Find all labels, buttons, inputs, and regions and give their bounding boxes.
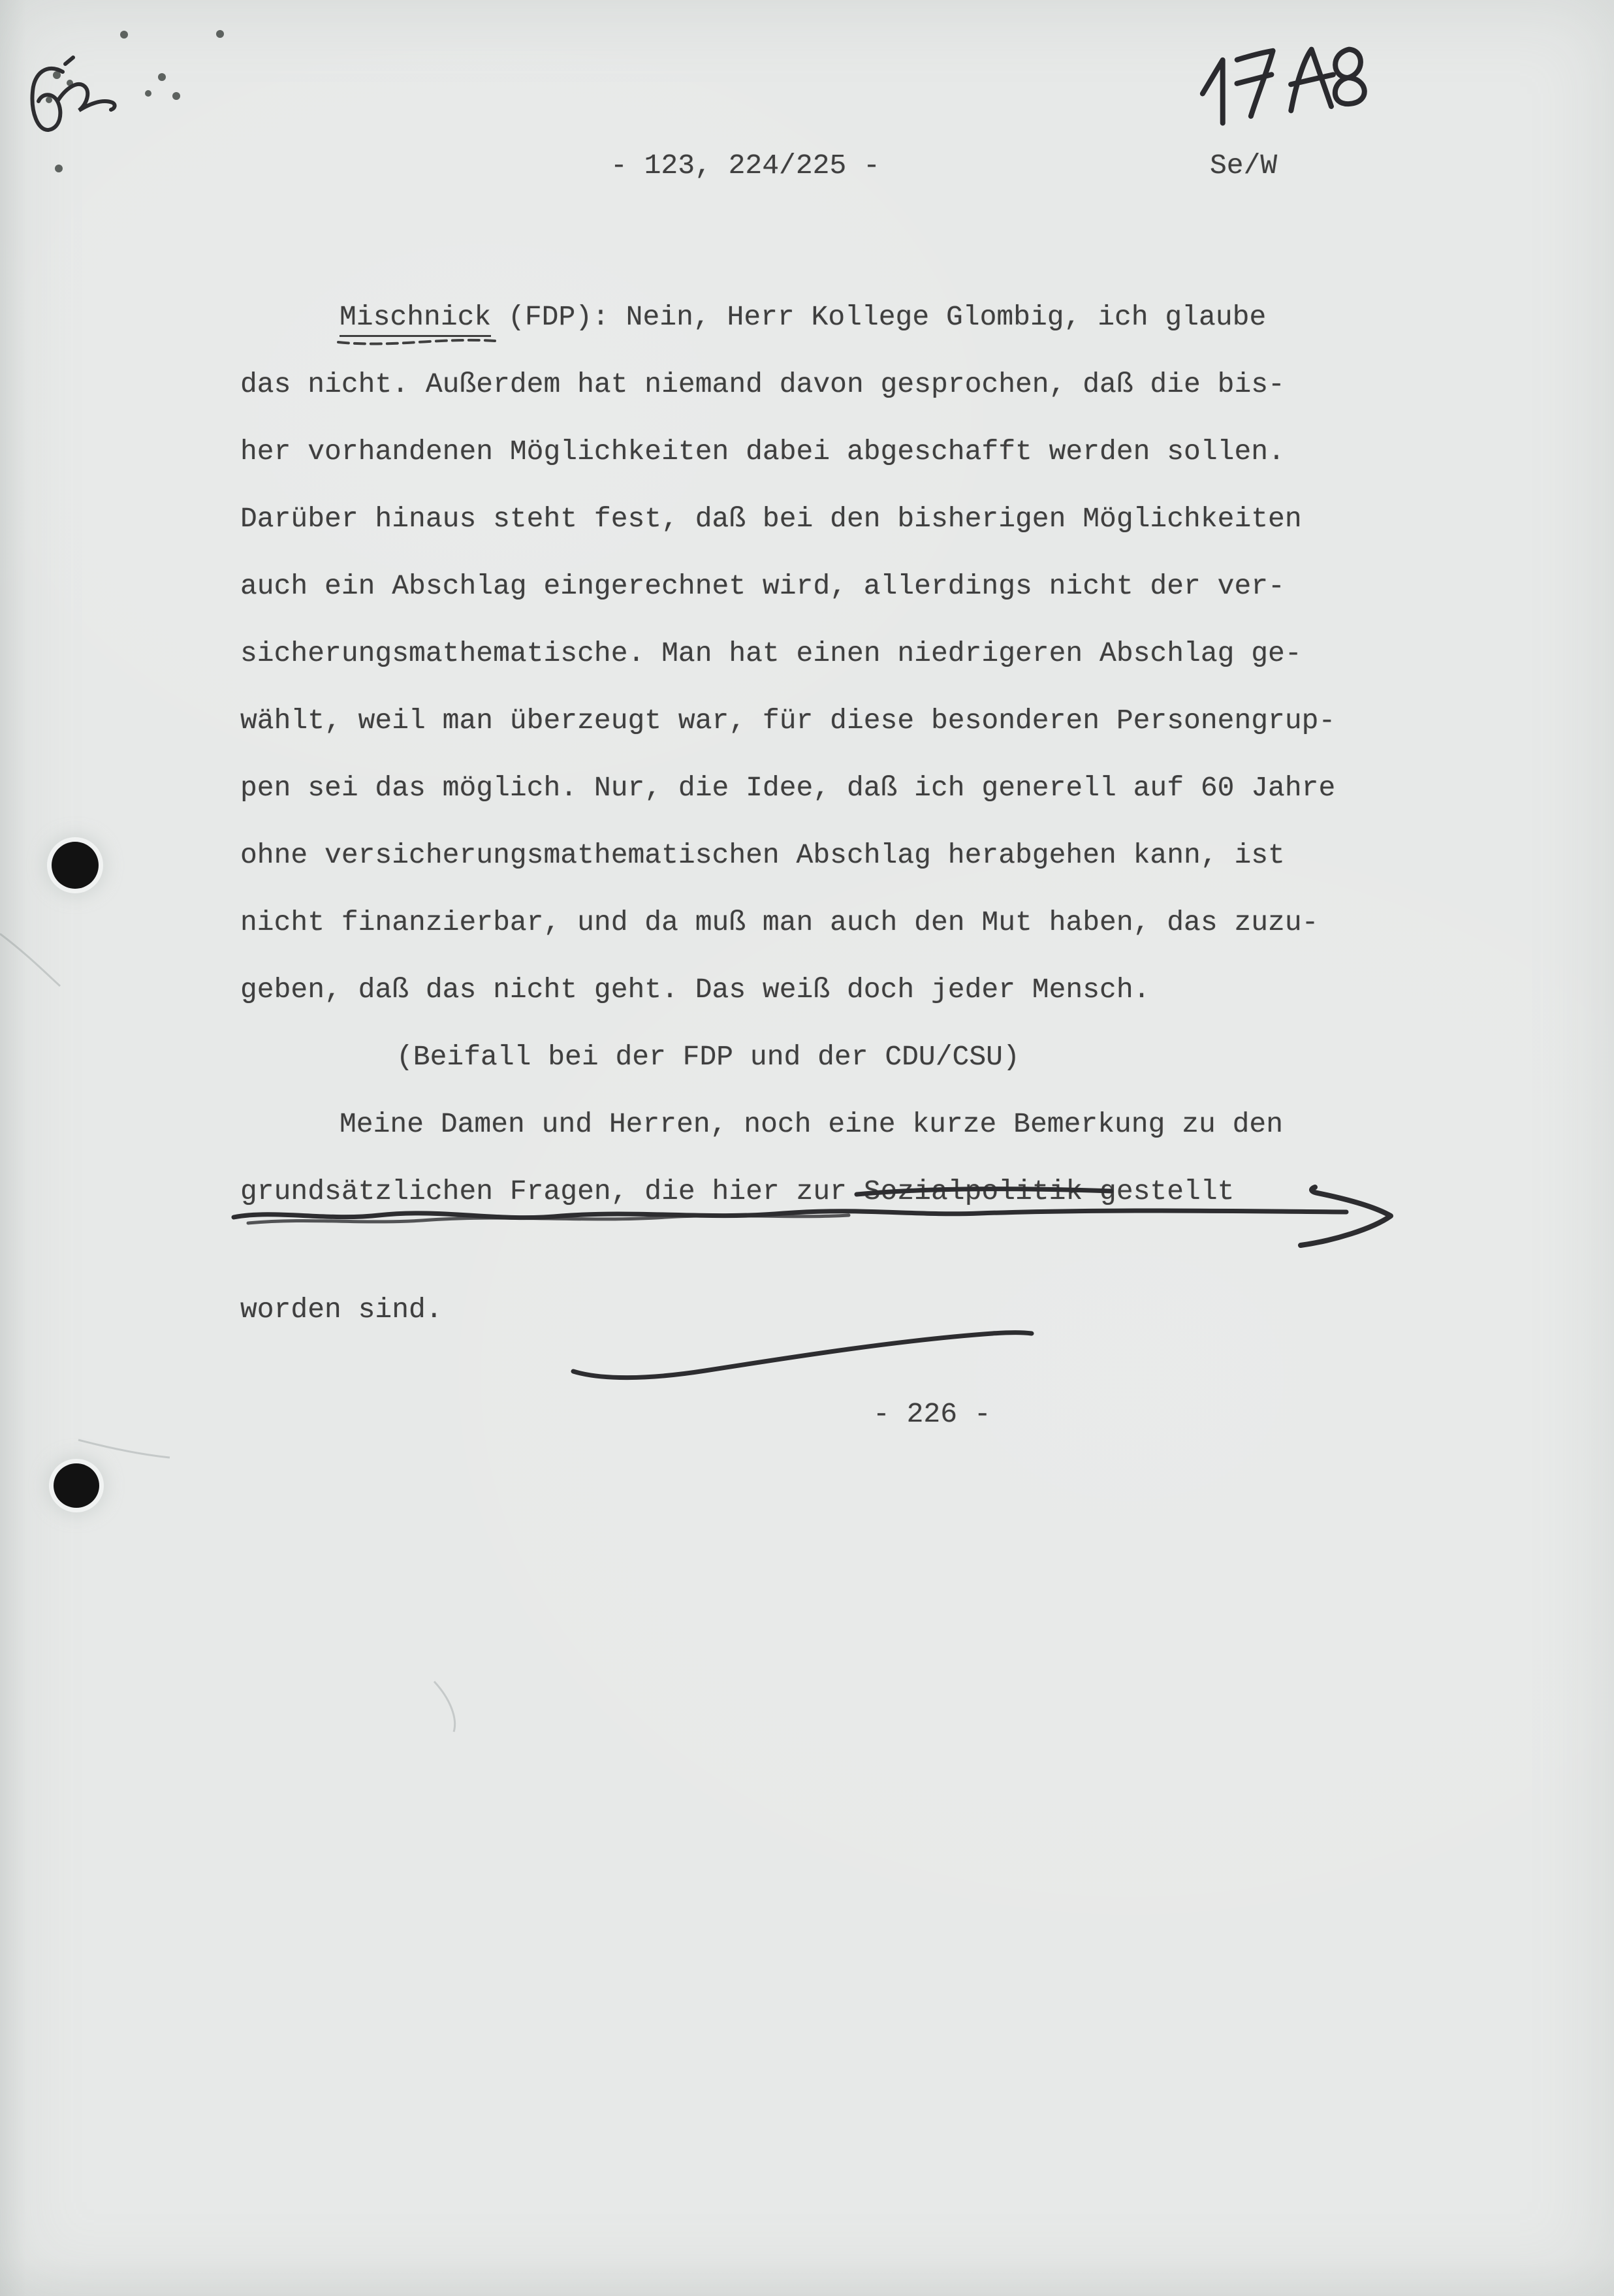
paper-creases	[0, 934, 455, 1732]
pen-arrow-right	[1301, 1187, 1391, 1245]
handwritten-number-17A8	[1199, 42, 1366, 125]
scanned-document-page: - 123, 224/225 - Se/W Mischnick (FDP): N…	[0, 0, 1614, 2296]
corner-initials-squiggle	[33, 57, 115, 130]
staple-holes	[46, 30, 224, 172]
pen-swoosh-after-worden-sind	[573, 1333, 1032, 1378]
handwritten-annotations-layer	[0, 0, 1614, 2296]
pen-wavy-underline-grundsaetzlichen-fragen	[234, 1211, 1346, 1223]
pen-underline-sozialpolitik	[857, 1189, 1111, 1194]
speaker-second-underline	[338, 340, 495, 344]
